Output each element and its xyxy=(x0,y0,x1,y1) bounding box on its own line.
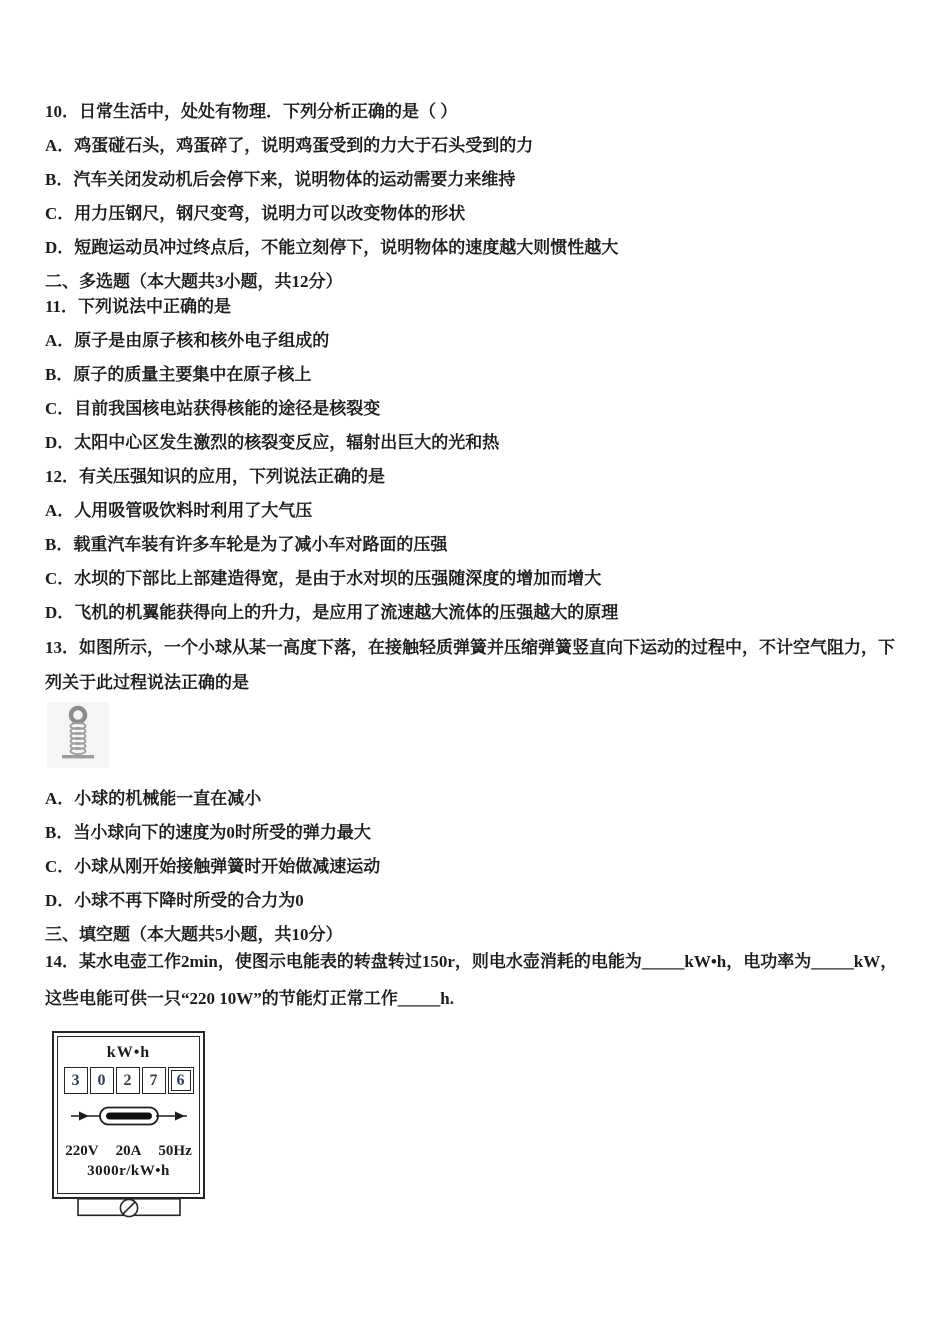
right-rotation-arrow-icon xyxy=(175,1112,185,1121)
question-14-stem: 14．某水电壶工作2min，使图示电能表的转盘转过150r，则电水壶消耗的电能为… xyxy=(45,943,905,1017)
meter-digit: 6 xyxy=(171,1070,191,1091)
question-11-option-c: C．目前我国核电站获得核能的途径是核裂变 xyxy=(45,392,905,426)
meter-disc-row xyxy=(67,1103,191,1134)
meter-frequency-rating: 50Hz xyxy=(158,1143,191,1160)
question-11-option-b: B．原子的质量主要集中在原子核上 xyxy=(45,358,905,392)
question-10-option-b: B．汽车关闭发动机后会停下来，说明物体的运动需要力来维持 xyxy=(45,163,905,197)
question-13-option-c: C．小球从刚开始接触弹簧时开始做减速运动 xyxy=(45,850,905,884)
question-13-option-b: B．当小球向下的速度为0时所受的弹力最大 xyxy=(45,816,905,850)
question-10-option-a: A．鸡蛋碰石头，鸡蛋碎了，说明鸡蛋受到的力大于石头受到的力 xyxy=(45,129,905,163)
ball-spring-figure xyxy=(47,702,109,768)
question-11-option-a: A．原子是由原子核和核外电子组成的 xyxy=(45,324,905,358)
meter-unit-label: kW•h xyxy=(107,1044,150,1062)
meter-current-rating: 20A xyxy=(116,1143,142,1160)
ball-icon xyxy=(71,708,85,722)
question-12-option-a: A．人用吸管吸饮料时利用了大气压 xyxy=(45,494,905,528)
question-13-option-d: D．小球不再下降时所受的合力为0 xyxy=(45,884,905,918)
question-12-stem: 12．有关压强知识的应用，下列说法正确的是 xyxy=(45,460,905,494)
exam-page: 10．日常生活中，处处有物理．下列分析正确的是（ ） A．鸡蛋碰石头，鸡蛋碎了，… xyxy=(0,0,950,1344)
left-rotation-arrow-icon xyxy=(79,1112,89,1121)
question-13-stem: 13．如图所示，一个小球从某一高度下落，在接触轻质弹簧并压缩弹簧竖直向下运动的过… xyxy=(45,630,905,700)
question-12-option-d: D．飞机的机翼能获得向上的升力，是应用了流速越大流体的压强越大的原理 xyxy=(45,596,905,630)
question-11-stem: 11．下列说法中正确的是 xyxy=(45,290,905,324)
question-11-option-d: D．太阳中心区发生激烈的核裂变反应，辐射出巨大的光和热 xyxy=(45,426,905,460)
energy-meter-figure: kW•h 3 0 2 7 6 xyxy=(52,1031,205,1220)
meter-digit: 7 xyxy=(142,1067,166,1094)
spring-base-icon xyxy=(62,755,94,758)
meter-outer-frame: kW•h 3 0 2 7 6 xyxy=(52,1031,205,1199)
question-10-stem: 10．日常生活中，处处有物理．下列分析正确的是（ ） xyxy=(45,95,905,129)
meter-digit: 0 xyxy=(90,1067,114,1094)
meter-decimal-digit-frame: 6 xyxy=(168,1067,194,1094)
meter-inner-frame: kW•h 3 0 2 7 6 xyxy=(57,1036,200,1194)
terminal-base-svg xyxy=(77,1198,181,1220)
ball-spring-figure-svg xyxy=(47,702,109,768)
meter-digit-register: 3 0 2 7 6 xyxy=(64,1067,194,1094)
question-10-option-c: C．用力压钢尺，钢尺变弯，说明力可以改变物体的形状 xyxy=(45,197,905,231)
meter-digit: 2 xyxy=(116,1067,140,1094)
spring-coil-icon xyxy=(71,723,86,754)
question-10-option-d: D．短跑运动员冲过终点后，不能立刻停下，说明物体的速度越大则惯性越大 xyxy=(45,231,905,265)
meter-digit: 3 xyxy=(64,1067,88,1094)
question-12-option-b: B．载重汽车装有许多车轮是为了减小车对路面的压强 xyxy=(45,528,905,562)
meter-ratings: 220V 20A 50Hz xyxy=(65,1143,192,1160)
meter-voltage-rating: 220V xyxy=(65,1143,98,1160)
rotating-disc-icon xyxy=(67,1103,191,1129)
meter-terminal-base xyxy=(77,1198,181,1220)
question-12-option-c: C．水坝的下部比上部建造得宽，是由于水对坝的压强随深度的增加而增大 xyxy=(45,562,905,596)
question-13-option-a: A．小球的机械能一直在减小 xyxy=(45,782,905,816)
meter-constant: 3000r/kW•h xyxy=(87,1163,170,1180)
